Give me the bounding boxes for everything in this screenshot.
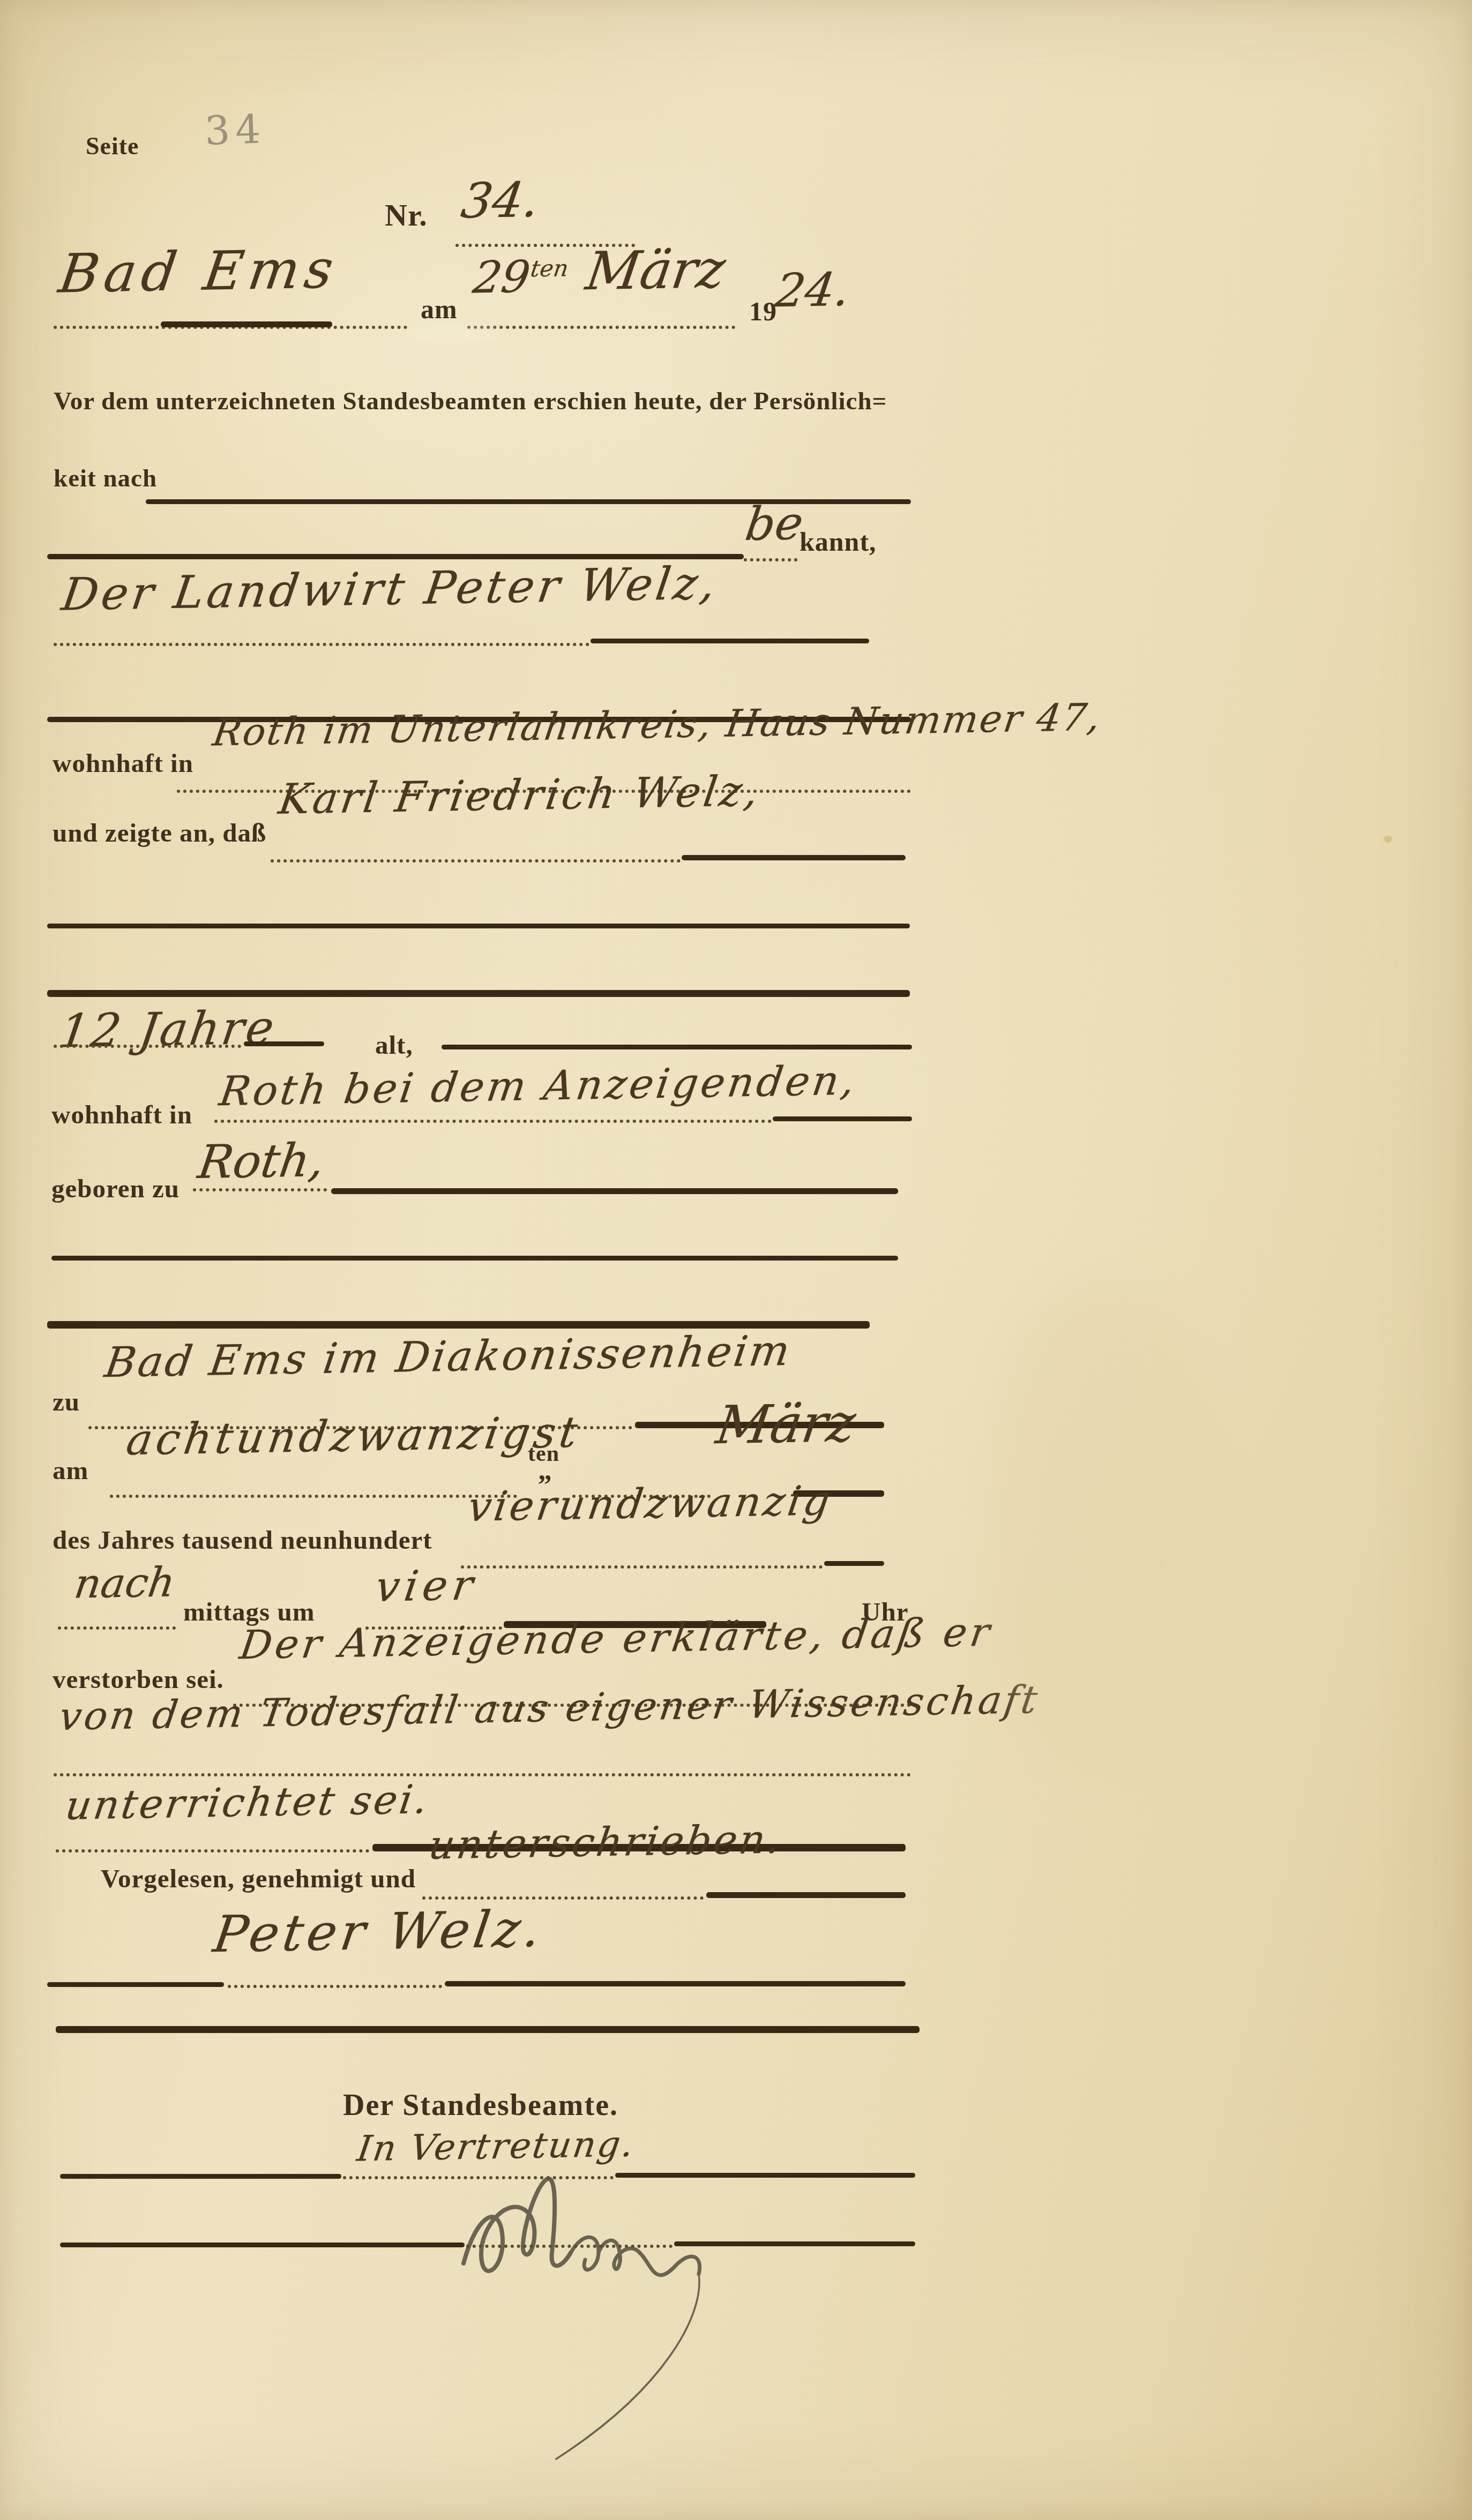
dotted-line bbox=[422, 1896, 704, 1900]
death-time-prefix-value: nach bbox=[71, 1558, 178, 1607]
dotted-line bbox=[214, 1120, 772, 1123]
year-handwritten: 24. bbox=[772, 263, 853, 318]
dotted-line bbox=[110, 1495, 517, 1498]
ruled-line bbox=[47, 924, 910, 928]
dotted-line bbox=[54, 1045, 241, 1048]
dotted-line bbox=[58, 1626, 176, 1630]
declarant-residence-label: wohnhaft in bbox=[53, 748, 193, 778]
dotted-line bbox=[467, 326, 735, 329]
be-handwritten: be bbox=[742, 497, 806, 551]
ruled-line bbox=[445, 1981, 906, 1986]
register-page: Seite 34 Nr. 34. Bad Ems am 29ten März 1… bbox=[0, 0, 1472, 2520]
death-year-label: des Jahres tausend neunhundert bbox=[53, 1525, 432, 1555]
declarant-signature: Peter Welz. bbox=[210, 1900, 548, 1964]
date-month-value: März bbox=[582, 239, 729, 302]
announce-label: und zeigte an, daß bbox=[53, 817, 266, 848]
ruled-line bbox=[47, 990, 910, 997]
page-label: Seite bbox=[86, 132, 139, 160]
record-number-value: 34. bbox=[458, 172, 542, 229]
deceased-residence-value: Roth bei dem Anzeigenden, bbox=[216, 1056, 861, 1115]
death-day-label: am bbox=[53, 1455, 88, 1486]
intro-line1: Vor dem unterzeichneten Standesbeamten e… bbox=[54, 387, 887, 416]
ruled-line bbox=[161, 321, 332, 327]
declarant-name-line: Der Landwirt Peter Welz, bbox=[59, 557, 722, 620]
death-month-value: März bbox=[713, 1393, 860, 1456]
registrar-label: Der Standesbeamte. bbox=[343, 2088, 618, 2122]
ruled-line bbox=[56, 2026, 920, 2033]
death-place-label: zu bbox=[53, 1386, 80, 1417]
page-number-stamp: 34 bbox=[204, 106, 267, 154]
ruled-line bbox=[591, 639, 869, 643]
ruled-line bbox=[244, 1041, 324, 1046]
verstorben-label: verstorben sei. bbox=[53, 1664, 224, 1694]
declaration-line1: Der Anzeigende erklärte, daß er bbox=[237, 1609, 996, 1668]
dotted-line bbox=[228, 1985, 442, 1988]
death-place-value: Bad Ems im Diakonissenheim bbox=[102, 1327, 795, 1387]
born-label: geboren zu bbox=[51, 1173, 180, 1204]
ruled-line bbox=[47, 1982, 224, 1987]
deceased-residence-label: wohnhaft in bbox=[51, 1099, 192, 1130]
ruled-line bbox=[682, 855, 906, 860]
dotted-line bbox=[56, 1849, 369, 1852]
ruled-line bbox=[824, 1561, 884, 1566]
dotted-line bbox=[744, 558, 797, 561]
date-day-suffix: ten bbox=[529, 255, 570, 282]
ruled-line bbox=[331, 1188, 898, 1194]
deceased-name-value: Karl Friedrich Welz, bbox=[275, 767, 764, 824]
death-time-value: vier bbox=[372, 1561, 481, 1611]
dotted-line bbox=[54, 1773, 911, 1776]
dotted-line bbox=[271, 859, 681, 862]
read-approved-label: Vorgelesen, genehmigt und bbox=[101, 1863, 416, 1894]
kannt-printed: kannt, bbox=[799, 526, 877, 557]
ruled-line bbox=[773, 1116, 912, 1121]
ruled-line bbox=[706, 1892, 906, 1898]
date-day-value: 29ten bbox=[470, 251, 571, 303]
ruled-line bbox=[60, 2174, 341, 2179]
birthplace-value: Roth, bbox=[195, 1134, 328, 1189]
ruled-line bbox=[51, 1256, 898, 1261]
date-day-number: 29 bbox=[470, 252, 533, 304]
intro-line2: keit nach bbox=[54, 464, 157, 493]
dotted-line bbox=[193, 1188, 327, 1191]
death-year-value: vierundzwanzig bbox=[465, 1476, 836, 1531]
death-day-value: achtundzwanzigst bbox=[123, 1407, 584, 1465]
dotted-line bbox=[54, 643, 589, 646]
signed-handwritten: unterschrieben. bbox=[426, 1816, 785, 1868]
dotted-line bbox=[461, 1565, 823, 1569]
deputy-handwritten: In Vertretung. bbox=[355, 2124, 638, 2170]
alt-label: alt, bbox=[375, 1030, 413, 1060]
ruled-line bbox=[674, 2241, 915, 2246]
ruled-line bbox=[60, 2242, 465, 2247]
record-number-label: Nr. bbox=[385, 197, 428, 233]
record-place-value: Bad Ems bbox=[55, 237, 342, 305]
dotted-line bbox=[466, 2245, 673, 2248]
ruled-line bbox=[442, 1045, 912, 1049]
date-am-label: am bbox=[421, 294, 458, 325]
paper-stain bbox=[1384, 836, 1392, 843]
age-value: 12 Jahre bbox=[56, 1001, 279, 1059]
declaration-line3: unterrichtet sei. bbox=[63, 1776, 432, 1829]
registrar-signature-scrawl bbox=[439, 2164, 815, 2475]
declarant-residence-value: Roth im Unterlahnkreis, Haus Nummer 47, bbox=[210, 695, 1104, 755]
